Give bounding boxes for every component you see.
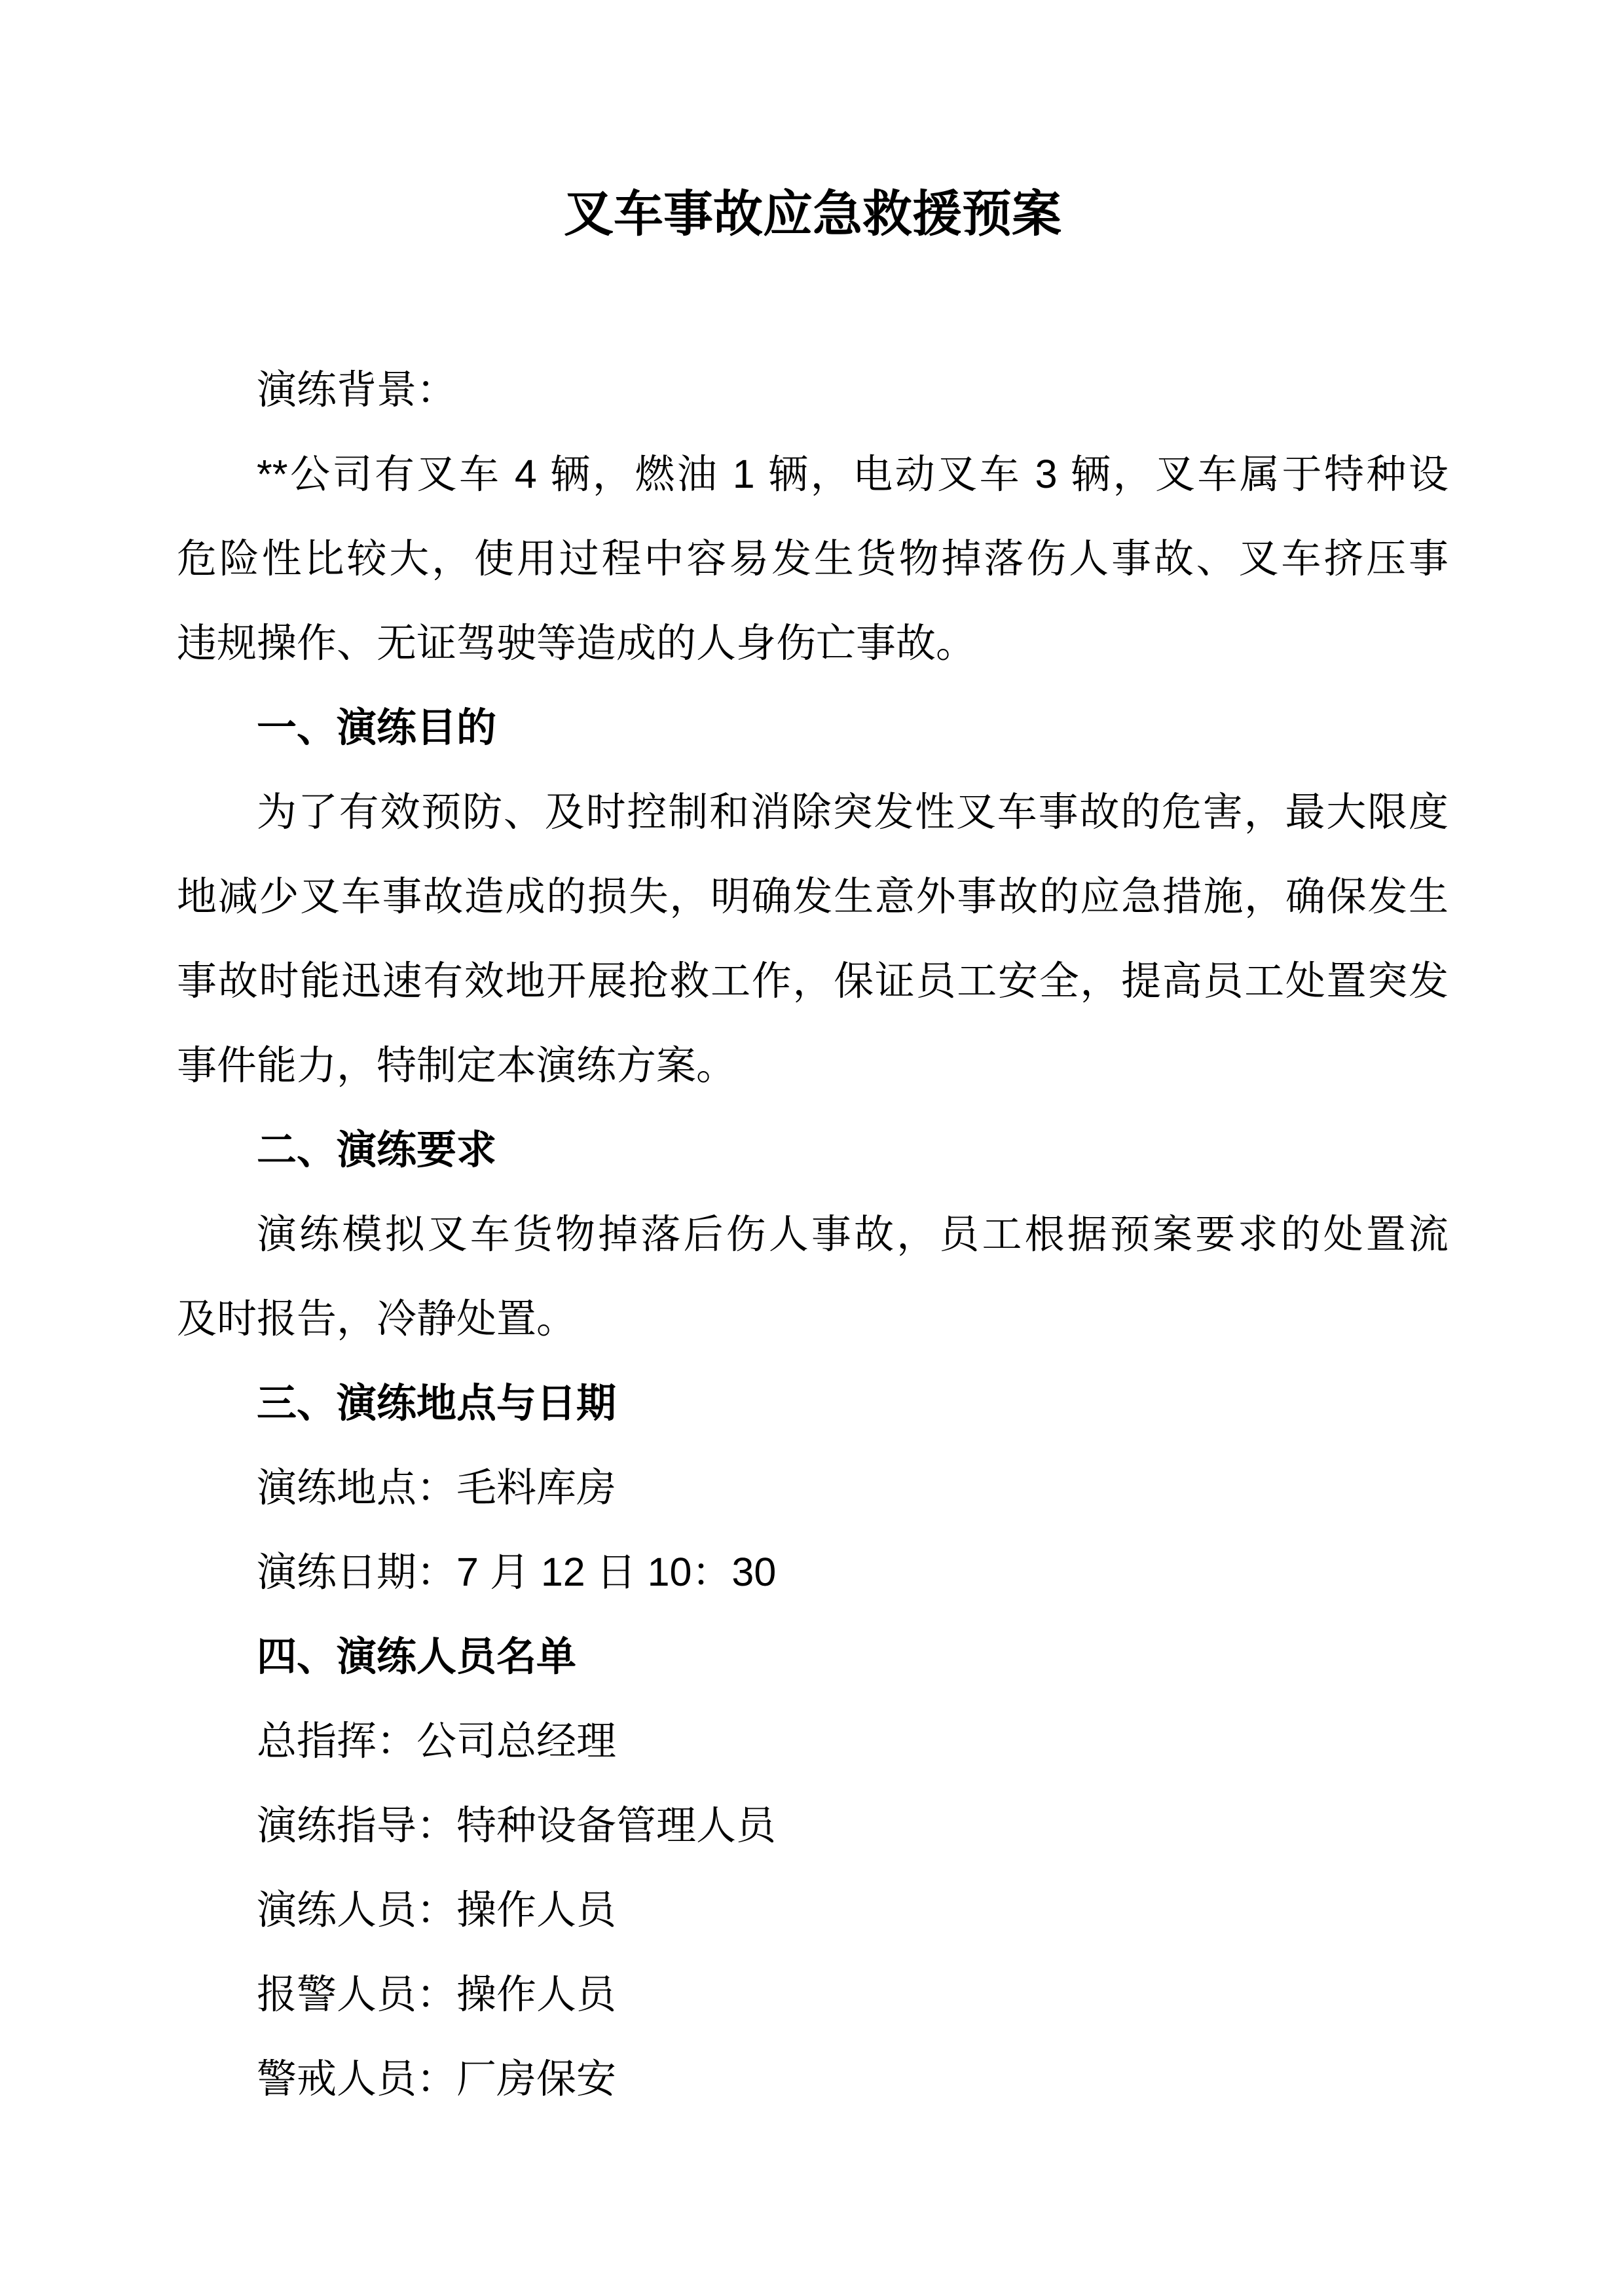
section-heading-4: 四、演练人员名单 xyxy=(177,1614,1449,1699)
paragraph-line-drill-date: 演练日期：7 月 12 日 10：30 xyxy=(177,1530,1449,1614)
paragraph-line-chief-commander: 总指挥：公司总经理 xyxy=(177,1699,1449,1783)
paragraph-line: 事件能力，特制定本演练方案。 xyxy=(177,1023,1449,1108)
document-title: 叉车事故应急救援预案 xyxy=(177,166,1449,264)
paragraph-line-alarm-personnel: 报警人员：操作人员 xyxy=(177,1952,1449,2037)
paragraph-line-guard-personnel: 警戒人员：厂房保安 xyxy=(177,2037,1449,2121)
paragraph-line: 演练模拟叉车货物掉落后伤人事故，员工根据预案要求的处置流程， xyxy=(177,1192,1449,1277)
document-page: 叉车事故应急救援预案 演练背景： **公司有叉车 4 辆，燃油 1 辆，电动叉车… xyxy=(0,0,1624,2296)
section-heading-3: 三、演练地点与日期 xyxy=(177,1361,1449,1446)
paragraph-line: 为了有效预防、及时控制和消除突发性叉车事故的危害，最大限度 xyxy=(177,770,1449,854)
blank-line xyxy=(177,264,1449,348)
section-heading-1: 一、演练目的 xyxy=(177,685,1449,770)
paragraph-line-drill-personnel: 演练人员：操作人员 xyxy=(177,1868,1449,1952)
paragraph-line-drill-location: 演练地点：毛料库房 xyxy=(177,1446,1449,1530)
paragraph-line: **公司有叉车 4 辆，燃油 1 辆，电动叉车 3 辆，叉车属于特种设备， xyxy=(177,432,1449,517)
section-heading-2: 二、演练要求 xyxy=(177,1108,1449,1192)
paragraph-line: 违规操作、无证驾驶等造成的人身伤亡事故。 xyxy=(177,601,1449,685)
paragraph-line-drill-guide: 演练指导：特种设备管理人员 xyxy=(177,1783,1449,1868)
paragraph-line: 及时报告，冷静处置。 xyxy=(177,1277,1449,1361)
paragraph-line: 事故时能迅速有效地开展抢救工作，保证员工安全，提高员工处置突发 xyxy=(177,939,1449,1023)
paragraph-line: 危险性比较大，使用过程中容易发生货物掉落伤人事故、叉车挤压事故、 xyxy=(177,517,1449,601)
paragraph-line: 地减少叉车事故造成的损失，明确发生意外事故的应急措施，确保发生 xyxy=(177,854,1449,939)
paragraph-line-background-label: 演练背景： xyxy=(177,348,1449,432)
